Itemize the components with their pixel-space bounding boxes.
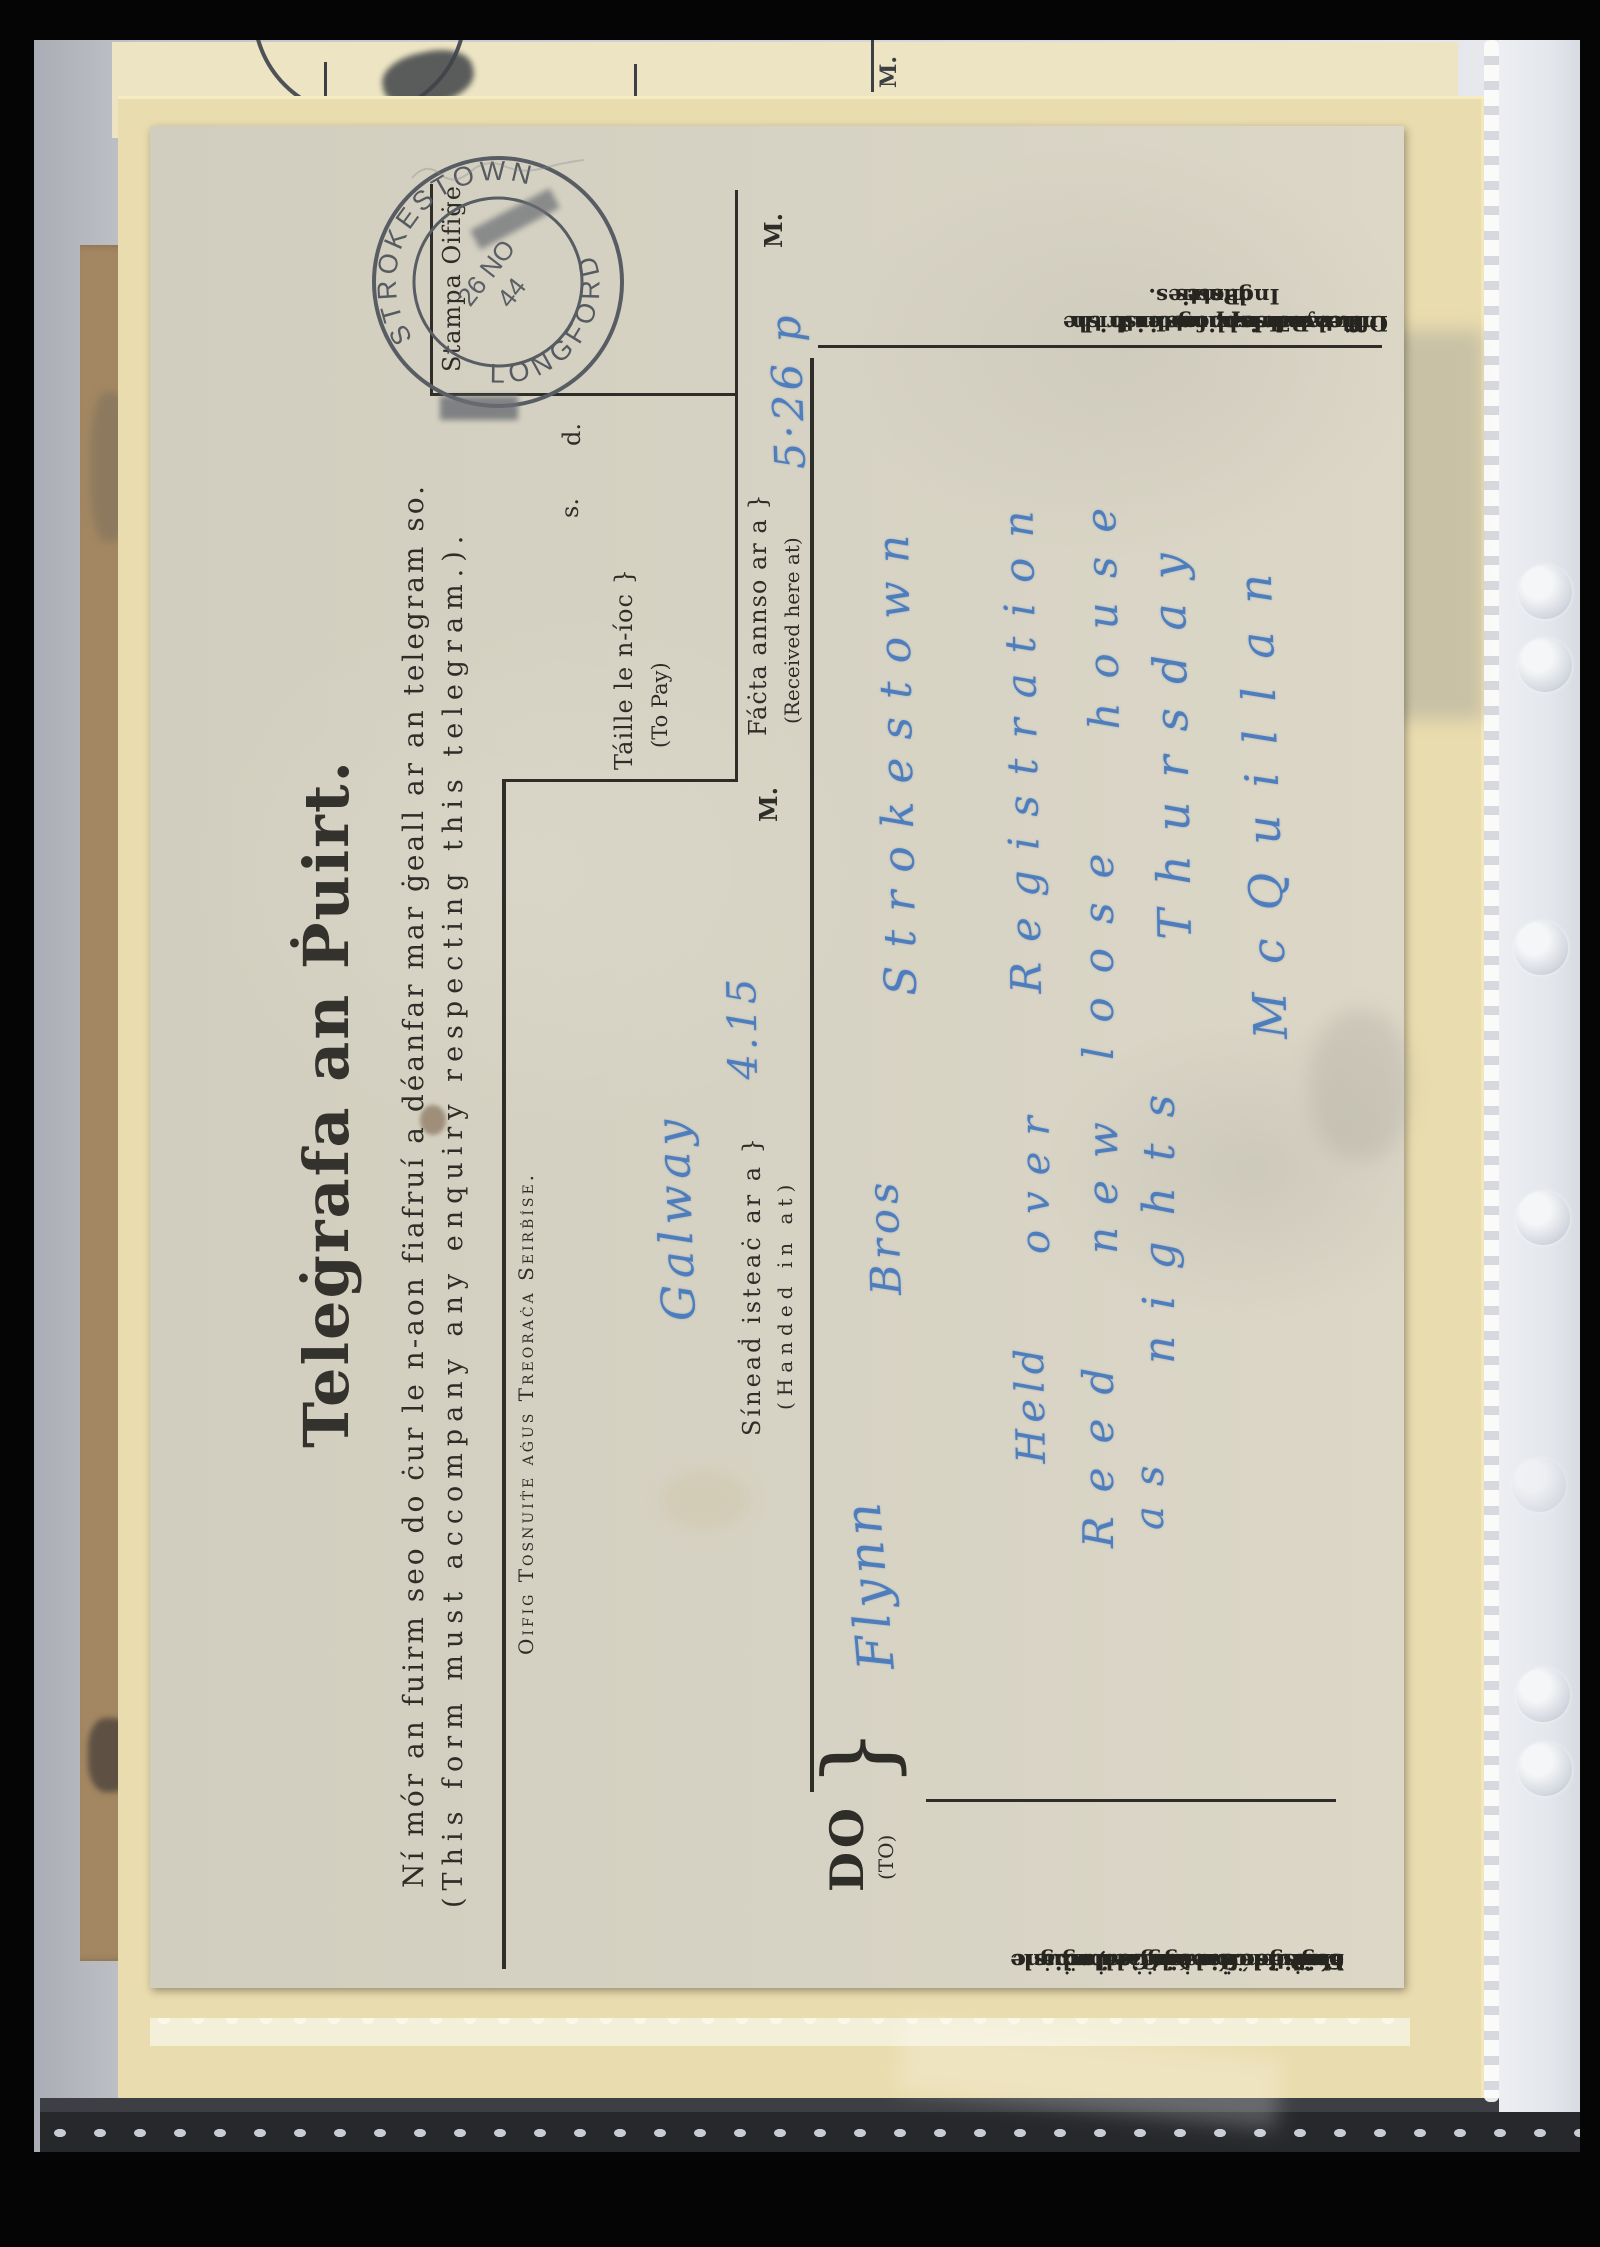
handed-in-label-irish: Síneaḋ isteaċ ar a } [740, 1135, 764, 1436]
to-pay-label-english: (To Pay) [650, 662, 671, 748]
sleeve-stitched-seam [1484, 40, 1499, 2102]
notice-irish: Ní mór an fuirm seo do ċur le n-aon fiaf… [400, 483, 428, 1888]
binder-hole [1518, 1742, 1572, 1796]
advert-underline [818, 345, 1382, 348]
message-area-rule [810, 358, 814, 1792]
stain [660, 1470, 750, 1530]
handwritten-word: Held [1010, 1342, 1052, 1464]
handwritten-word: as [1130, 1446, 1170, 1530]
minutes-label-behind: M. [878, 56, 900, 88]
handwritten-word: Bros [862, 1177, 908, 1296]
field-divider [504, 779, 738, 782]
handwritten-word: loose [1078, 830, 1120, 1060]
perforated-binding-strip [40, 2112, 1584, 2154]
handwritten-word: Thursday [1145, 529, 1198, 940]
advert-irish: Foġluim Ġaeðilġ, caḃruiġ le cleasa lúiṫ … [924, 1806, 1344, 1974]
handwritten-word: Flynn [837, 1495, 902, 1672]
received-at-label-irish: Fáċta annso ar a } [746, 493, 770, 736]
handwritten-word: 4.15 [722, 974, 764, 1080]
to-field-brace: } [812, 1728, 907, 1788]
to-field-english: (TO) [876, 1835, 896, 1880]
form-title: Teleġrafa an Ṗuirt. [296, 759, 358, 1448]
received-at-label-english: (Received here at) [782, 537, 802, 724]
scanned-album-page: M. Put your savings into the Post Office… [0, 0, 1600, 2247]
handed-in-label-english: (Handed in at) [775, 1179, 795, 1410]
binder-hole [1518, 565, 1572, 619]
handwritten-word: 5·26 p [764, 311, 811, 470]
to-field-line [926, 1799, 1336, 1802]
handwritten-word: Registration [997, 490, 1048, 994]
binder-hole [1514, 921, 1568, 975]
scan-border [1580, 0, 1600, 2247]
handwritten-word: Reed [1078, 1344, 1120, 1548]
handwritten-word: over [1016, 1101, 1056, 1254]
pencil-scribble [408, 148, 608, 192]
stain [1310, 1010, 1410, 1160]
handwritten-word: house [1080, 484, 1126, 730]
scan-border [0, 2152, 1600, 2247]
scan-border [0, 0, 34, 2247]
advert-english: Learn Irish, foster Irish games and supp… [1040, 196, 1388, 336]
sleeve-right-margin [1499, 40, 1580, 2112]
handwritten-word: Galway [649, 1113, 702, 1322]
handwritten-word: new [1082, 1100, 1124, 1254]
handed-minutes-label: M. [757, 787, 781, 822]
field-divider [735, 190, 738, 781]
handwritten-word: Strokestown [872, 516, 924, 996]
binder-hole [1516, 1668, 1570, 1722]
advert-line: Instal a Telephone. [1158, 309, 1388, 336]
scan-border [0, 0, 1600, 40]
office-of-origin-label: Oifig Tosnuiṫe aġus Treoraċa Seirḃíse. [516, 1172, 536, 1655]
pence-label: d. [560, 423, 584, 446]
handwritten-word: nights [1138, 1069, 1182, 1364]
received-minutes-label: M. [762, 213, 786, 248]
to-pay-label-irish: Táille le n-íoc } [612, 568, 636, 770]
deckle-edge [150, 2018, 1410, 2046]
binder-hole [1512, 1458, 1566, 1512]
binder-hole [1516, 1191, 1570, 1245]
advert-line: bíoð telefón agat. [1132, 1947, 1344, 1975]
notice-english: (This form must accompany any enquiry re… [440, 529, 467, 1908]
header-rule [502, 779, 506, 1969]
shillings-label: s. [558, 498, 582, 518]
postmark-smudge [440, 396, 518, 420]
to-field-irish: DO [824, 1804, 870, 1892]
binder-hole [1518, 638, 1572, 692]
